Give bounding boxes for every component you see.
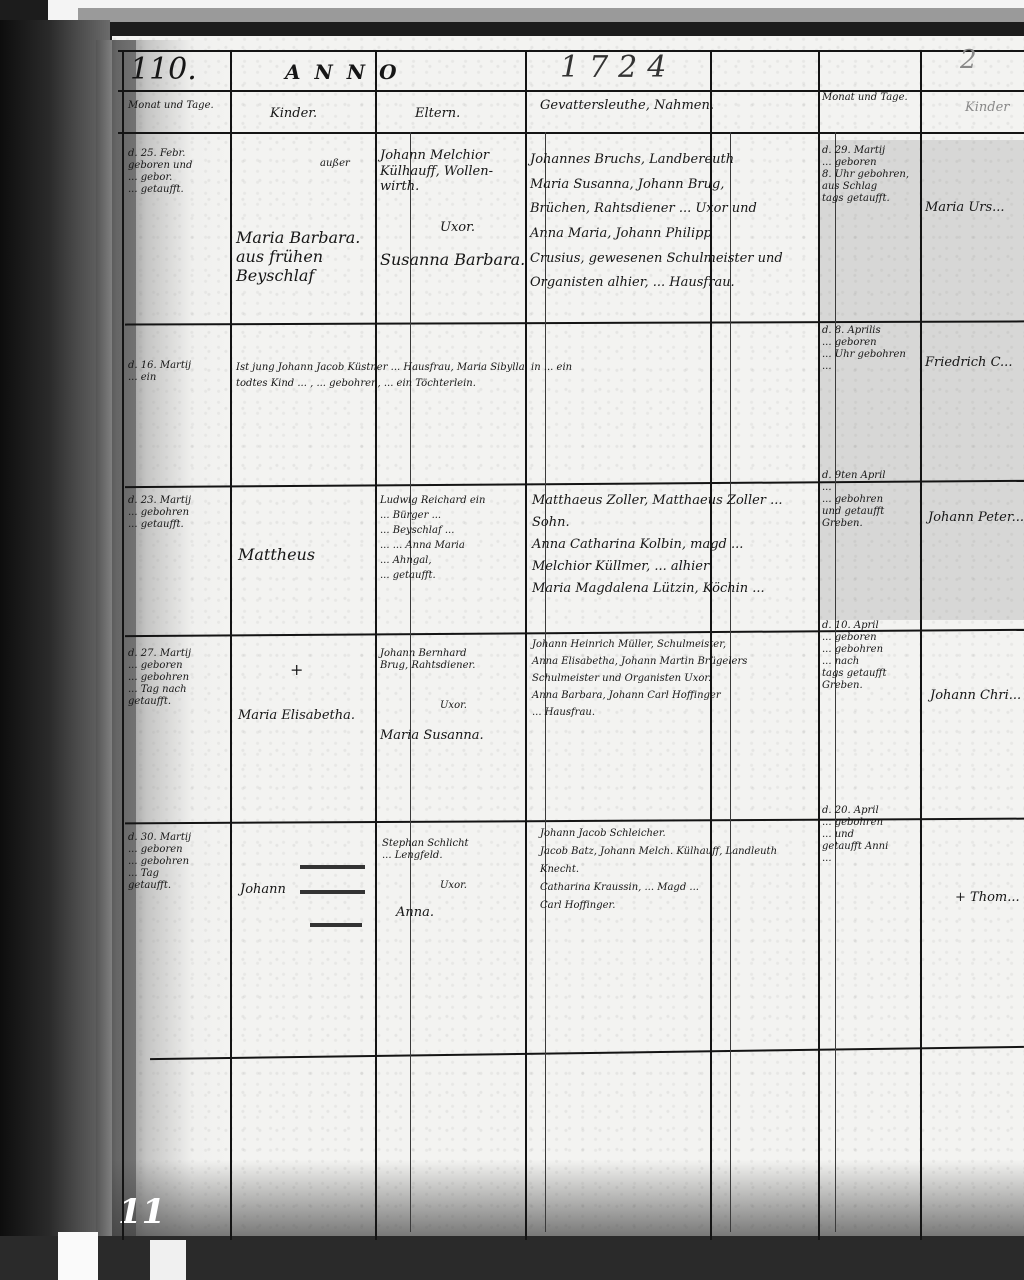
entry-godparents: Matthaeus Zoller, Matthaeus Zoller ... S…: [532, 490, 817, 600]
entry-child: Mattheus: [238, 545, 315, 564]
entry-date: d. 25. Febr. geboren und ... gebor. ... …: [128, 148, 228, 196]
entry-godparents: Johann Heinrich Müller, Schulmeister, An…: [532, 636, 817, 721]
left-edge-stain: [112, 40, 227, 1240]
entry-mother: Anna.: [396, 905, 434, 921]
rule-col: [920, 50, 922, 1240]
scan-marker: [150, 1240, 186, 1280]
entry-death-note: Ist jung Johann Jacob Küstner ... Hausfr…: [236, 360, 776, 392]
column-header-date: Monat und Tage.: [128, 100, 223, 112]
entry-father: Johann Melchior Külhauff, Wollen- wirth.: [380, 148, 525, 195]
entry-child-note: außer: [320, 158, 350, 170]
entry-date: d. 27. Martij ... geboren ... gebohren .…: [128, 648, 228, 708]
column-header-child-right: Kinder: [965, 100, 1009, 116]
column-header-child: Kinder.: [270, 106, 317, 122]
entry-death-cross: +: [290, 660, 303, 679]
struck-text: ​: [300, 885, 365, 901]
entry-uxor: Uxor.: [440, 880, 467, 892]
right-entry-date: d. 8. Aprilis ... geboren ... Uhr gebohr…: [822, 325, 917, 373]
struck-text: ​: [300, 860, 365, 876]
header-fragment: 2: [960, 45, 977, 76]
entry-child: Maria Elisabetha.: [238, 708, 355, 724]
rule-col: [230, 50, 232, 1240]
page-number: 110.: [130, 52, 197, 88]
right-entry-date: d. 9ten April ... ... gebohren und getau…: [822, 470, 917, 530]
rule-col: [525, 50, 527, 1240]
column-header-godparents: Gevattersleuthe, Nahmen.: [540, 98, 714, 114]
entry-date: d. 23. Martij ... gebohren ... getaufft.: [128, 495, 228, 531]
entry-godparents: Johann Jacob Schleicher. Jacob Batz, Joh…: [540, 825, 825, 915]
right-entry-child: Maria Urs...: [925, 200, 1005, 216]
entry-godparents: Johannes Bruchs, Landbereuth Maria Susan…: [530, 148, 815, 296]
bottom-shadow: [112, 1160, 1024, 1240]
entry-father: Ludwig Reichard ein ... Bürger ... ... B…: [380, 493, 525, 583]
entry-date: d. 16. Martij ... ein: [128, 360, 228, 384]
right-entry-date: d. 29. Martij ... geboren 8. Uhr gebohre…: [822, 145, 917, 205]
right-entry-child: Johann Peter...: [928, 510, 1024, 526]
entry-uxor: Uxor.: [440, 700, 467, 712]
entry-father: Johann Bernhard Brug, Rahtsdiener.: [380, 648, 525, 672]
entry-child: Maria Barbara. aus frühen Beyschlaf: [236, 228, 376, 286]
right-entry-date: d. 10. April ... geboren ... gebohren ..…: [822, 620, 917, 692]
right-entry-date: d. 20. April ... gebohren ... und getauf…: [822, 805, 917, 865]
column-header-parents: Eltern.: [415, 106, 460, 122]
entry-uxor: Uxor.: [440, 220, 475, 236]
column-header-date-right: Monat und Tage.: [822, 92, 914, 104]
entry-date: d. 30. Martij ... geboren ... gebohren .…: [128, 832, 228, 892]
entry-mother: Maria Susanna.: [380, 728, 484, 744]
entry-mother: Susanna Barbara.: [380, 250, 525, 269]
struck-text: ​: [310, 918, 362, 934]
anno-label: ANNO: [285, 60, 411, 84]
footer-mark: 11: [118, 1192, 165, 1232]
right-entry-child: Friedrich C...: [925, 355, 1012, 371]
right-entry-child: + Thom...: [955, 890, 1020, 906]
year: 1724: [560, 50, 676, 86]
entry-child: Johann: [240, 882, 286, 898]
scan-marker: [58, 1232, 98, 1280]
book-binding: [0, 20, 110, 1280]
scan-top-shadow: [78, 8, 1024, 22]
rule-col: [818, 50, 820, 1240]
entry-father: Stephan Schlicht ... Lengfeld.: [382, 838, 527, 862]
right-entry-child: Johann Chri...: [930, 688, 1021, 704]
rule-col-thin: [410, 132, 411, 1232]
rule-col: [122, 50, 124, 1240]
rule-colhead: [118, 132, 1024, 134]
